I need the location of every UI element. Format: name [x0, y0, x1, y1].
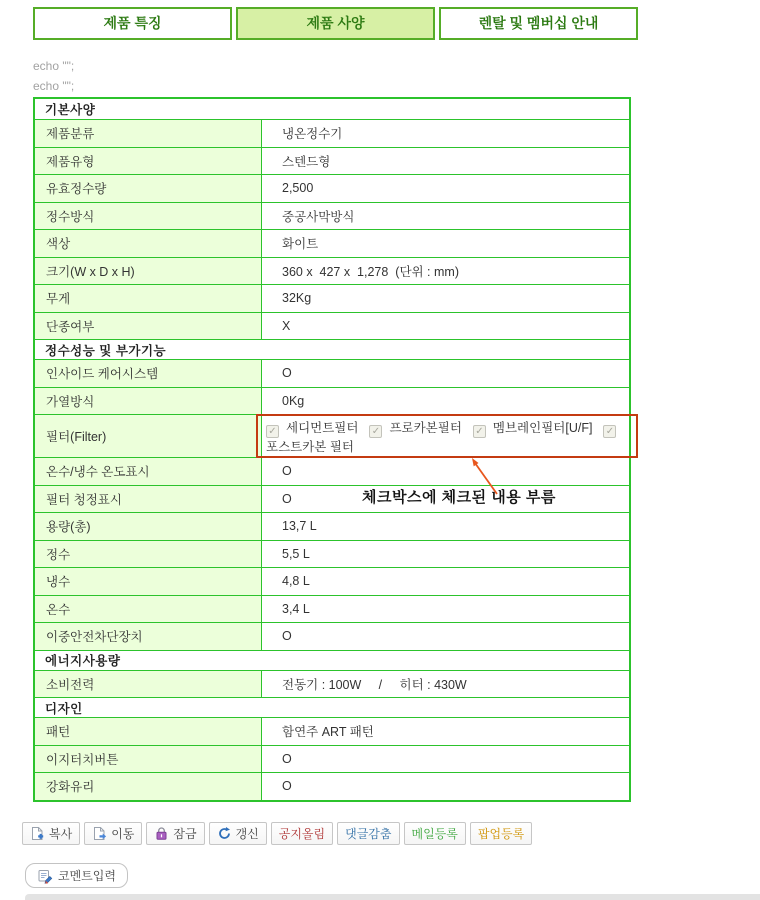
bottom-divider: [25, 894, 760, 900]
spec-label: 온수/냉수 온도표시: [35, 458, 262, 485]
section-title: 디자인: [35, 699, 83, 717]
annotation-text: 체크박스에 체크된 내용 부름: [362, 486, 556, 507]
comment-input-button[interactable]: 코멘트입력: [25, 863, 128, 888]
table-row: 필터(Filter)✓세디먼트필터✓프로카본필터✓멤브레인필터[U/F]✓포스트…: [35, 414, 629, 457]
table-row: 색상화이트: [35, 229, 629, 257]
hide-comments-button[interactable]: 댓글감춤: [337, 822, 399, 845]
checked-checkbox-icon: ✓: [369, 425, 382, 438]
table-row: 제품유형스텐드형: [35, 147, 629, 175]
comment-pencil-icon: [37, 868, 53, 884]
tab-product-features[interactable]: 제품 특징: [33, 7, 232, 40]
spec-label: 필터 청정표시: [35, 486, 262, 513]
spec-value: 5,5 L: [262, 541, 629, 568]
spec-value: 중공사막방식: [262, 203, 629, 230]
table-row: 정수방식중공사막방식: [35, 202, 629, 230]
spec-value: O: [262, 458, 629, 485]
spec-value: O: [262, 773, 629, 800]
spec-value: 냉온정수기: [262, 120, 629, 147]
spec-label: 가열방식: [35, 388, 262, 415]
table-row: 소비전력전동기 : 100W / 히터 : 430W: [35, 670, 629, 698]
filter-checkbox-label: 프로카본필터: [389, 421, 461, 435]
spec-label: 인사이드 케어시스템: [35, 360, 262, 387]
table-row: 냉수4,8 L: [35, 567, 629, 595]
toolbar-button-label: 잠금: [173, 825, 196, 842]
table-row: 인사이드 케어시스템O: [35, 359, 629, 387]
table-row: 유효정수량2,500: [35, 174, 629, 202]
comment-input-label: 코멘트입력: [58, 867, 116, 884]
table-row: 이중안전차단장치O: [35, 622, 629, 650]
filter-checkbox-group: ✓세디먼트필터✓프로카본필터✓멤브레인필터[U/F]✓포스트카본 필터: [262, 415, 629, 457]
notice-up-button[interactable]: 공지올림: [271, 822, 333, 845]
spec-value: 스텐드형: [262, 148, 629, 175]
spec-value: 32Kg: [262, 285, 629, 312]
spec-label: 무게: [35, 285, 262, 312]
spec-label: 정수방식: [35, 203, 262, 230]
spec-label: 정수: [35, 541, 262, 568]
spec-value: O: [262, 623, 629, 650]
spec-label: 유효정수량: [35, 175, 262, 202]
refresh-button[interactable]: 갱신: [209, 822, 267, 845]
code-echo-lines: echo "";echo "";: [33, 56, 74, 96]
spec-value: 4,8 L: [262, 568, 629, 595]
table-row: 제품분류냉온정수기: [35, 119, 629, 147]
spec-value: 3,4 L: [262, 596, 629, 623]
spec-label: 색상: [35, 230, 262, 257]
spec-value: 함연주 ART 패턴: [262, 718, 629, 745]
spec-label: 용량(총): [35, 513, 262, 540]
table-row: 강화유리O: [35, 772, 629, 800]
copy-button[interactable]: 복사: [22, 822, 80, 845]
toolbar-button-label: 메일등록: [412, 825, 458, 842]
table-row: 단종여부X: [35, 312, 629, 340]
spec-value: O: [262, 746, 629, 773]
spec-label: 소비전력: [35, 671, 262, 698]
spec-value: 360 x 427 x 1,278 (단위 : mm): [262, 258, 629, 285]
table-row: 패턴함연주 ART 패턴: [35, 717, 629, 745]
filter-checkbox-label: 멤브레인필터[U/F]: [493, 421, 593, 435]
spec-label: 이지터치버튼: [35, 746, 262, 773]
section-row: 기본사양: [35, 99, 629, 119]
table-row: 크기(W x D x H)360 x 427 x 1,278 (단위 : mm): [35, 257, 629, 285]
section-title: 기본사양: [35, 100, 95, 118]
move-button[interactable]: 이동: [84, 822, 142, 845]
toolbar-button-label: 팝업등록: [478, 825, 524, 842]
spec-label: 필터(Filter): [35, 415, 262, 457]
table-row: 이지터치버튼O: [35, 745, 629, 773]
spec-label: 온수: [35, 596, 262, 623]
table-row: 무게32Kg: [35, 284, 629, 312]
spec-label: 이중안전차단장치: [35, 623, 262, 650]
checked-checkbox-icon: ✓: [473, 425, 486, 438]
filter-checkbox-item: ✓세디먼트필터: [266, 421, 358, 435]
section-row: 에너지사용량: [35, 650, 629, 670]
spec-value: O: [262, 360, 629, 387]
copy-icon: [30, 826, 45, 841]
spec-value: 0Kg: [262, 388, 629, 415]
code-line: echo "";: [33, 76, 74, 96]
spec-label: 제품유형: [35, 148, 262, 175]
filter-checkbox-label: 세디먼트필터: [286, 421, 358, 435]
spec-label: 패턴: [35, 718, 262, 745]
toolbar-button-label: 댓글감춤: [345, 825, 391, 842]
table-row: 온수3,4 L: [35, 595, 629, 623]
section-row: 정수성능 및 부가기능: [35, 339, 629, 359]
checked-checkbox-icon: ✓: [266, 425, 279, 438]
tab-product-specs[interactable]: 제품 사양: [236, 7, 435, 40]
filter-checkbox-item: ✓멤브레인필터[U/F]: [473, 421, 593, 435]
table-row: 온수/냉수 온도표시O: [35, 457, 629, 485]
code-line: echo "";: [33, 56, 74, 76]
filter-checkbox-item: ✓프로카본필터: [369, 421, 461, 435]
section-title: 에너지사용량: [35, 651, 120, 669]
section-row: 디자인: [35, 697, 629, 717]
popup-register-button[interactable]: 팝업등록: [470, 822, 532, 845]
toolbar-button-label: 갱신: [236, 825, 259, 842]
spec-value: 화이트: [262, 230, 629, 257]
spec-label: 냉수: [35, 568, 262, 595]
spec-table: 기본사양제품분류냉온정수기제품유형스텐드형유효정수량2,500정수방식중공사막방…: [33, 97, 631, 802]
section-title: 정수성능 및 부가기능: [35, 341, 166, 359]
spec-value: X: [262, 313, 629, 340]
spec-label: 크기(W x D x H): [35, 258, 262, 285]
spec-value: 2,500: [262, 175, 629, 202]
toolbar-button-label: 공지올림: [279, 825, 325, 842]
filter-checkbox-label: 포스트카본 필터: [266, 440, 354, 454]
mail-register-button[interactable]: 메일등록: [404, 822, 466, 845]
refresh-icon: [217, 826, 232, 841]
tab-bar: 제품 특징제품 사양렌탈 및 멤버십 안내: [33, 7, 642, 40]
spec-label: 제품분류: [35, 120, 262, 147]
lock-button[interactable]: 잠금: [146, 822, 204, 845]
spec-label: 강화유리: [35, 773, 262, 800]
move-icon: [92, 826, 107, 841]
tab-rental-membership[interactable]: 렌탈 및 멤버십 안내: [439, 7, 638, 40]
toolbar-button-label: 이동: [111, 825, 134, 842]
table-row: 정수5,5 L: [35, 540, 629, 568]
lock-icon: [154, 826, 169, 841]
checked-checkbox-icon: ✓: [603, 425, 616, 438]
spec-value: 13,7 L: [262, 513, 629, 540]
toolbar-button-label: 복사: [49, 825, 72, 842]
table-row: 가열방식0Kg: [35, 387, 629, 415]
table-row: 용량(총)13,7 L: [35, 512, 629, 540]
spec-value: 전동기 : 100W / 히터 : 430W: [262, 671, 629, 698]
spec-label: 단종여부: [35, 313, 262, 340]
toolbar: 복사이동잠금갱신공지올림댓글감춤메일등록팝업등록: [22, 822, 536, 845]
